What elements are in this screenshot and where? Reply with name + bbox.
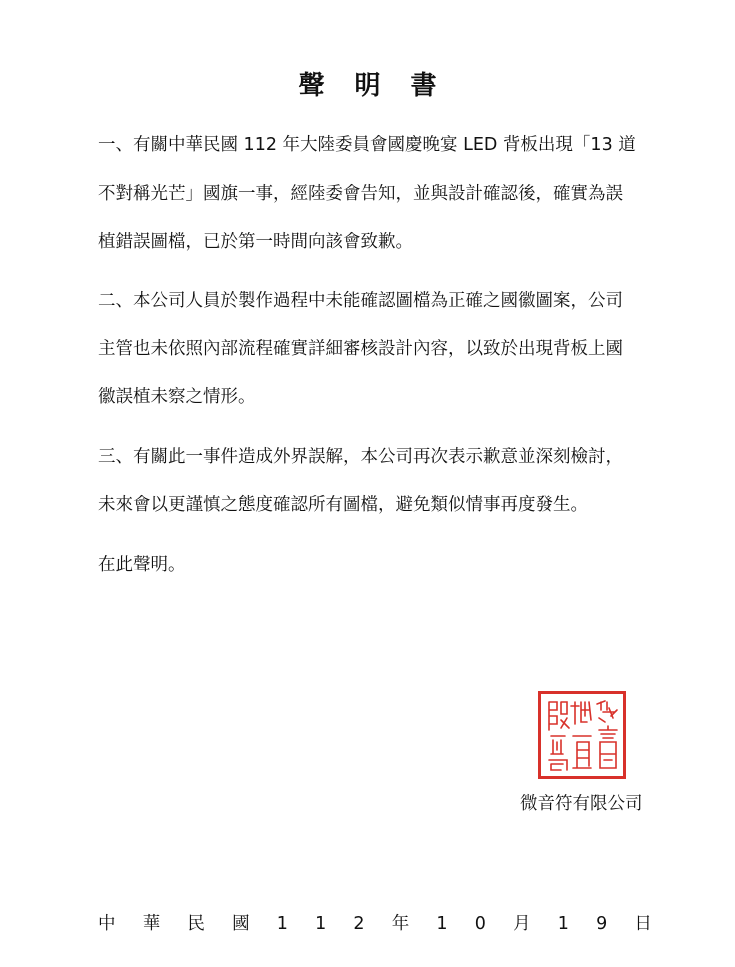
date-char: 1 [277,910,288,938]
company-seal-icon [538,691,626,779]
date-char: 年 [392,910,410,938]
company-name: 微音符有限公司 [520,790,643,818]
paragraph-2-line-3: 徽誤植未察之情形。 [98,383,658,411]
date-char: 日 [634,910,652,938]
date-char: 9 [596,910,607,938]
closing-statement: 在此聲明。 [98,551,658,579]
date-char: 1 [558,910,569,938]
paragraph-2-line-1: 二、本公司人員於製作過程中未能確認圖檔為正確之國徽圖案，公司 [98,287,658,315]
document-title: 聲明書 [0,66,735,106]
paragraph-1-line-1: 一、有關中華民國 112 年大陸委員會國慶晚宴 LED 背板出現「13 道 [98,131,658,159]
date-char: 國 [232,910,250,938]
paragraph-1-line-2: 不對稱光芒」國旗一事，經陸委會告知，並與設計確認後，確實為誤 [98,180,658,208]
date-char: 中 [98,910,116,938]
paragraph-2-line-2: 主管也未依照內部流程確實詳細審核設計內容，以致於出現背板上國 [98,335,658,363]
date-char: 1 [315,910,326,938]
paragraph-3-line-2: 未來會以更謹慎之態度確認所有圖檔，避免類似情事再度發生。 [98,491,658,519]
date-char: 1 [436,910,447,938]
paragraph-1-line-3: 植錯誤圖檔，已於第一時間向該會致歉。 [98,228,658,256]
statement-date: 中 華 民 國 1 1 2 年 1 0 月 1 9 日 [98,910,652,938]
date-char: 月 [513,910,531,938]
date-char: 民 [187,910,205,938]
paragraph-3-line-1: 三、有關此一事件造成外界誤解，本公司再次表示歉意並深刻檢討， [98,443,658,471]
date-char: 華 [143,910,161,938]
date-char: 2 [353,910,364,938]
date-char: 0 [475,910,486,938]
